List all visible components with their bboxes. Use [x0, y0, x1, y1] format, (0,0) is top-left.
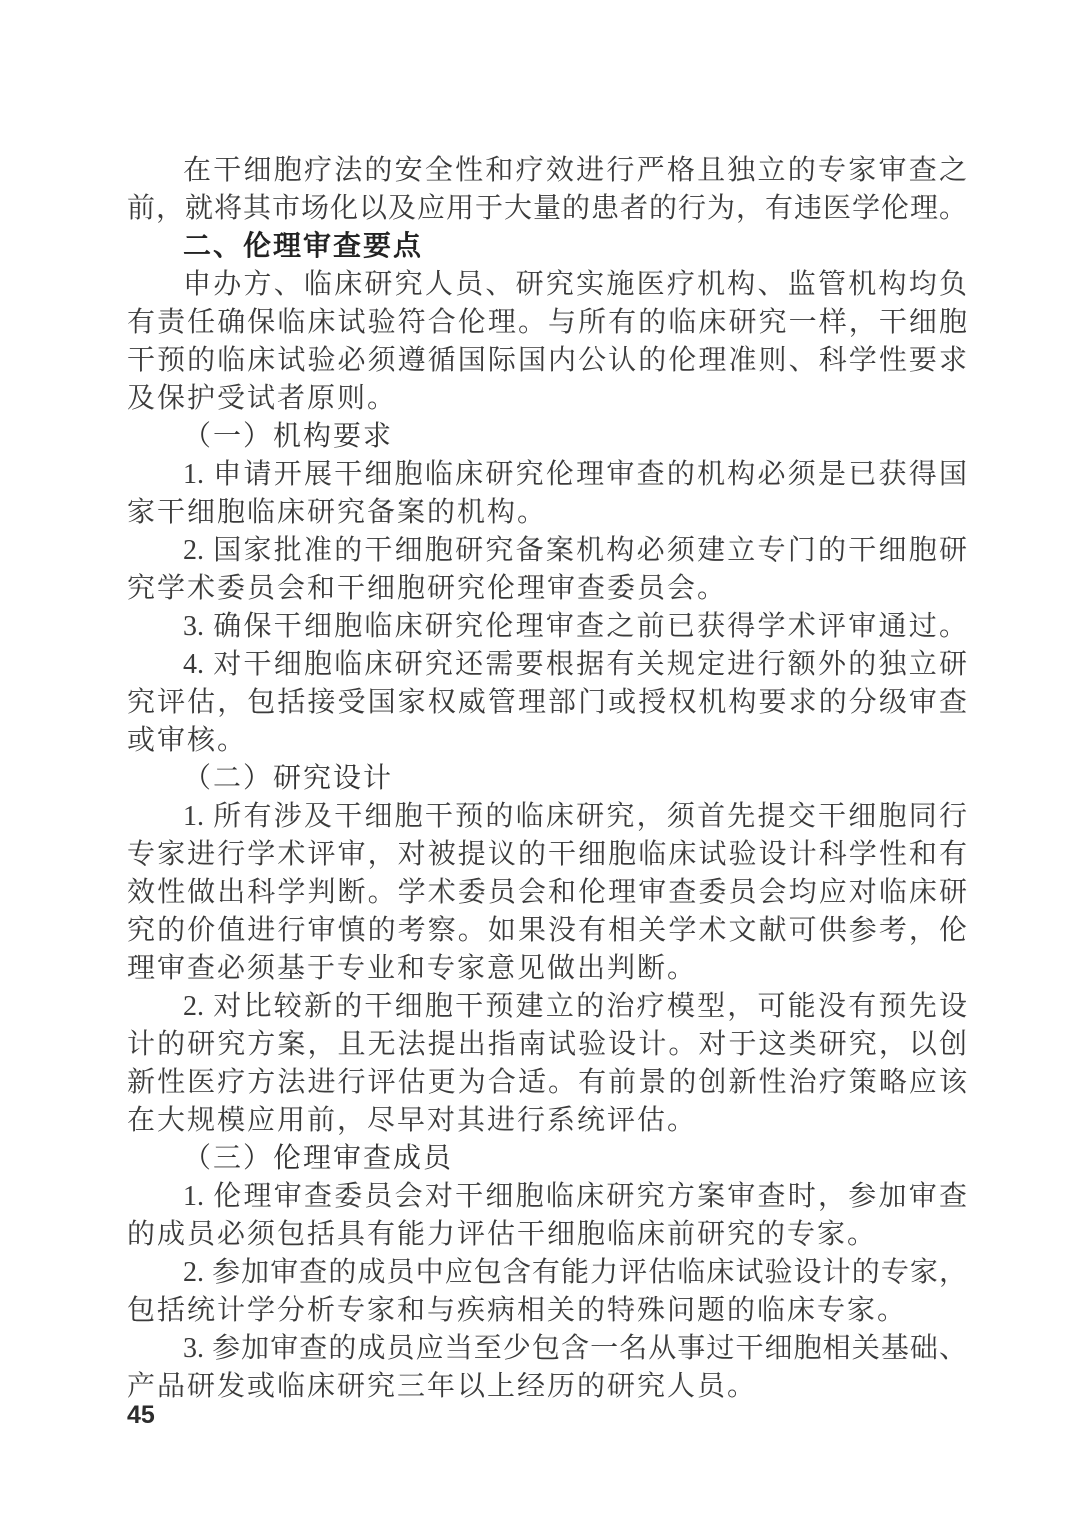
text-line: 1. 伦理审查委员会对干细胞临床研究方案审查时，参加审查 [127, 1178, 967, 1216]
text-line: 理审查必须基于专业和专家意见做出判断。 [127, 950, 967, 988]
text-line: 3. 确保干细胞临床研究伦理审查之前已获得学术评审通过。 [127, 608, 967, 646]
text-line: 新性医疗方法进行评估更为合适。有前景的创新性治疗策略应该 [127, 1064, 967, 1102]
text-line: 有责任确保临床试验符合伦理。与所有的临床研究一样，干细胞 [127, 304, 967, 342]
section-heading: 二、伦理审查要点 [127, 228, 967, 266]
text-line: 1. 所有涉及干细胞干预的临床研究，须首先提交干细胞同行 [127, 798, 967, 836]
text-line: 专家进行学术评审，对被提议的干细胞临床试验设计科学性和有 [127, 836, 967, 874]
text-line: 效性做出科学判断。学术委员会和伦理审查委员会均应对临床研 [127, 874, 967, 912]
text-line: 产品研发或临床研究三年以上经历的研究人员。 [127, 1368, 967, 1406]
text-line: 3. 参加审查的成员应当至少包含一名从事过干细胞相关基础、 [127, 1330, 967, 1368]
text-line: 的成员必须包括具有能力评估干细胞临床前研究的专家。 [127, 1216, 967, 1254]
text-line: 2. 对比较新的干细胞干预建立的治疗模型，可能没有预先设 [127, 988, 967, 1026]
text-line: 究评估，包括接受国家权威管理部门或授权机构要求的分级审查 [127, 684, 967, 722]
text-line: 在大规模应用前，尽早对其进行系统评估。 [127, 1102, 967, 1140]
text-line: 究学术委员会和干细胞研究伦理审查委员会。 [127, 570, 967, 608]
text-line: 计的研究方案，且无法提出指南试验设计。对于这类研究，以创 [127, 1026, 967, 1064]
document-page: 在干细胞疗法的安全性和疗效进行严格且独立的专家审查之前，就将其市场化以及应用于大… [0, 0, 1080, 1528]
text-line: 干预的临床试验必须遵循国际国内公认的伦理准则、科学性要求 [127, 342, 967, 380]
text-line: 2. 参加审查的成员中应包含有能力评估临床试验设计的专家， [127, 1254, 967, 1292]
text-line: 前，就将其市场化以及应用于大量的患者的行为，有违医学伦理。 [127, 190, 967, 228]
text-line: 在干细胞疗法的安全性和疗效进行严格且独立的专家审查之 [127, 152, 967, 190]
text-line: 包括统计学分析专家和与疾病相关的特殊问题的临床专家。 [127, 1292, 967, 1330]
subsection-heading: （三）伦理审查成员 [127, 1140, 967, 1178]
text-line: 2. 国家批准的干细胞研究备案机构必须建立专门的干细胞研 [127, 532, 967, 570]
text-line: 申办方、临床研究人员、研究实施医疗机构、监管机构均负 [127, 266, 967, 304]
page-number: 45 [127, 1400, 155, 1430]
text-line: 或审核。 [127, 722, 967, 760]
document-body: 在干细胞疗法的安全性和疗效进行严格且独立的专家审查之前，就将其市场化以及应用于大… [127, 152, 967, 1406]
text-line: 4. 对干细胞临床研究还需要根据有关规定进行额外的独立研 [127, 646, 967, 684]
text-line: 家干细胞临床研究备案的机构。 [127, 494, 967, 532]
subsection-heading: （一）机构要求 [127, 418, 967, 456]
subsection-heading: （二）研究设计 [127, 760, 967, 798]
text-line: 究的价值进行审慎的考察。如果没有相关学术文献可供参考，伦 [127, 912, 967, 950]
text-line: 及保护受试者原则。 [127, 380, 967, 418]
text-line: 1. 申请开展干细胞临床研究伦理审查的机构必须是已获得国 [127, 456, 967, 494]
